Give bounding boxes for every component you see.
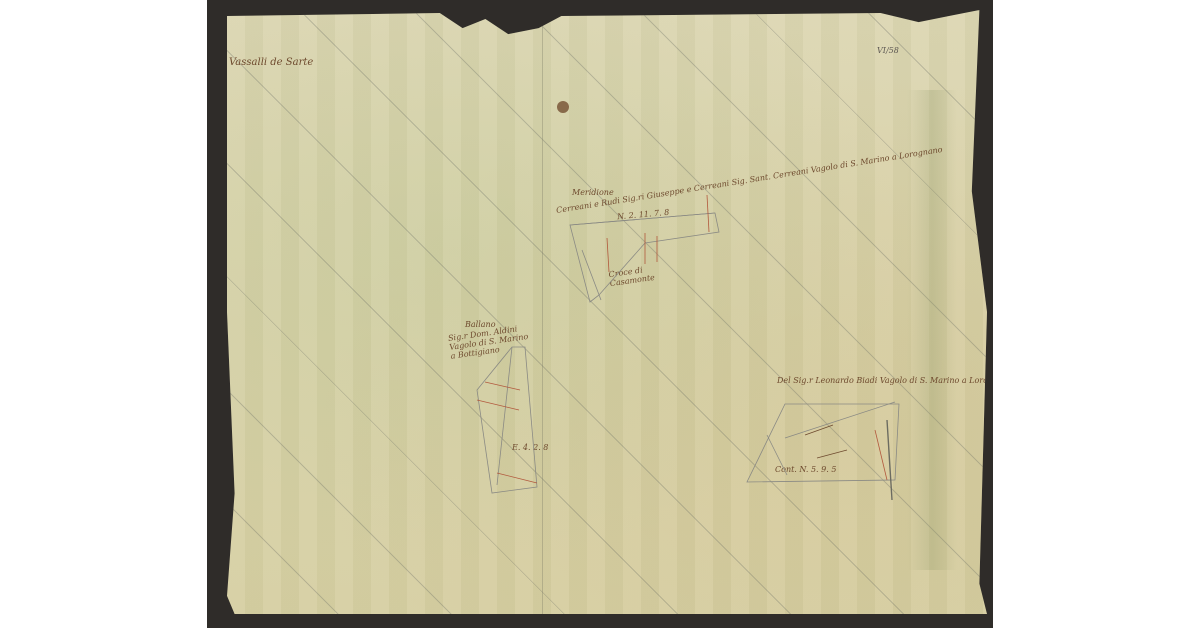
survey-drawings: [227, 10, 987, 614]
manuscript-page: Vassalli de Sarte VI/58 Meridione Cerrea…: [227, 10, 987, 614]
plot-right-drawing: [747, 402, 899, 500]
scan-frame: Vassalli de Sarte VI/58 Meridione Cerrea…: [207, 0, 993, 628]
plot-left-drawing: [477, 347, 537, 493]
plot-top-drawing: [570, 195, 719, 302]
